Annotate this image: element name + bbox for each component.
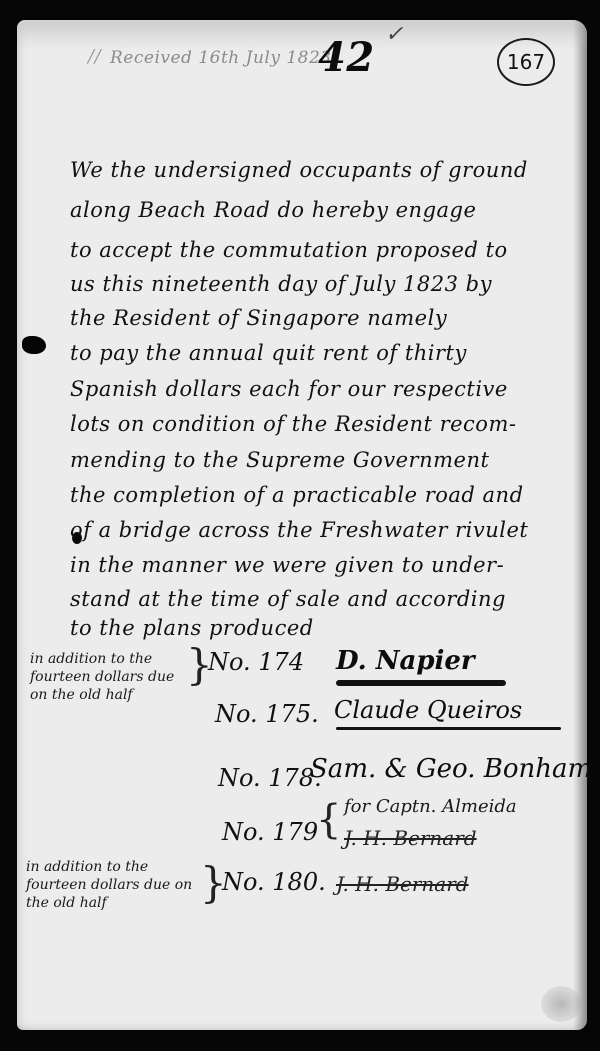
body-line: lots on condition of the Resident recom-: [70, 412, 516, 436]
body-line: us this nineteenth day of July 1823 by: [70, 272, 492, 296]
scanned-document: // Received 16th July 1823 42 ✓ 167 We t…: [0, 0, 600, 1051]
margin-note-line: on the old half: [30, 686, 174, 704]
received-note: Received 16th July 1823: [110, 48, 332, 68]
body-line: mending to the Supreme Government: [70, 448, 489, 472]
margin-note-2: in addition to the fourteen dollars due …: [26, 858, 192, 912]
received-mark: //: [88, 46, 101, 67]
margin-note-line: fourteen dollars due: [30, 668, 174, 686]
document-number: 42: [318, 34, 375, 81]
folio-number-text: 167: [507, 50, 545, 74]
signature-bernard-180: J. H. Bernard: [336, 872, 469, 896]
margin-note-line: in addition to the: [26, 858, 192, 876]
on-behalf-note: for Captn. Almeida: [344, 796, 517, 817]
lot-number-178: No. 178.: [218, 764, 322, 792]
brace-179: {: [316, 800, 341, 840]
body-line: Spanish dollars each for our respective: [70, 377, 508, 401]
folio-number: 167: [497, 38, 555, 86]
body-line: We the undersigned occupants of ground: [70, 158, 528, 182]
body-line: along Beach Road do hereby engage: [70, 198, 476, 222]
ink-blot: [22, 336, 46, 354]
body-line: the completion of a practicable road and: [70, 483, 524, 507]
body-line: in the manner we were given to under-: [70, 553, 504, 577]
lot-number-180: No. 180.: [222, 868, 326, 896]
body-line: to the plans produced: [70, 616, 314, 640]
body-line: stand at the time of sale and according: [70, 587, 506, 611]
lot-number-175: No. 175.: [215, 700, 319, 728]
margin-note-line: the old half: [26, 894, 192, 912]
body-line: the Resident of Singapore namely: [70, 306, 447, 330]
signature-underline: [336, 680, 506, 686]
tick-mark: ✓: [385, 22, 404, 47]
body-line: to pay the annual quit rent of thirty: [70, 341, 467, 365]
signature-queiros: Claude Queiros: [334, 696, 522, 724]
signature-napier: D. Napier: [336, 646, 475, 676]
lot-number-174: No. 174: [208, 648, 304, 676]
margin-note-line: in addition to the: [30, 650, 174, 668]
body-line: to accept the commutation proposed to: [70, 238, 508, 262]
margin-note-1: in addition to the fourteen dollars due …: [30, 650, 174, 704]
body-line: of a bridge across the Freshwater rivule…: [70, 518, 528, 542]
page-edge-shadow: [573, 20, 587, 1030]
paper-stain: [541, 986, 581, 1022]
lot-number-179: No. 179: [222, 818, 318, 846]
margin-note-line: fourteen dollars due on: [26, 876, 192, 894]
signature-bonham: Sam. & Geo. Bonham: [310, 754, 592, 784]
signature-bernard-179: J. H. Bernard: [344, 826, 477, 850]
signature-underline: [336, 727, 561, 730]
